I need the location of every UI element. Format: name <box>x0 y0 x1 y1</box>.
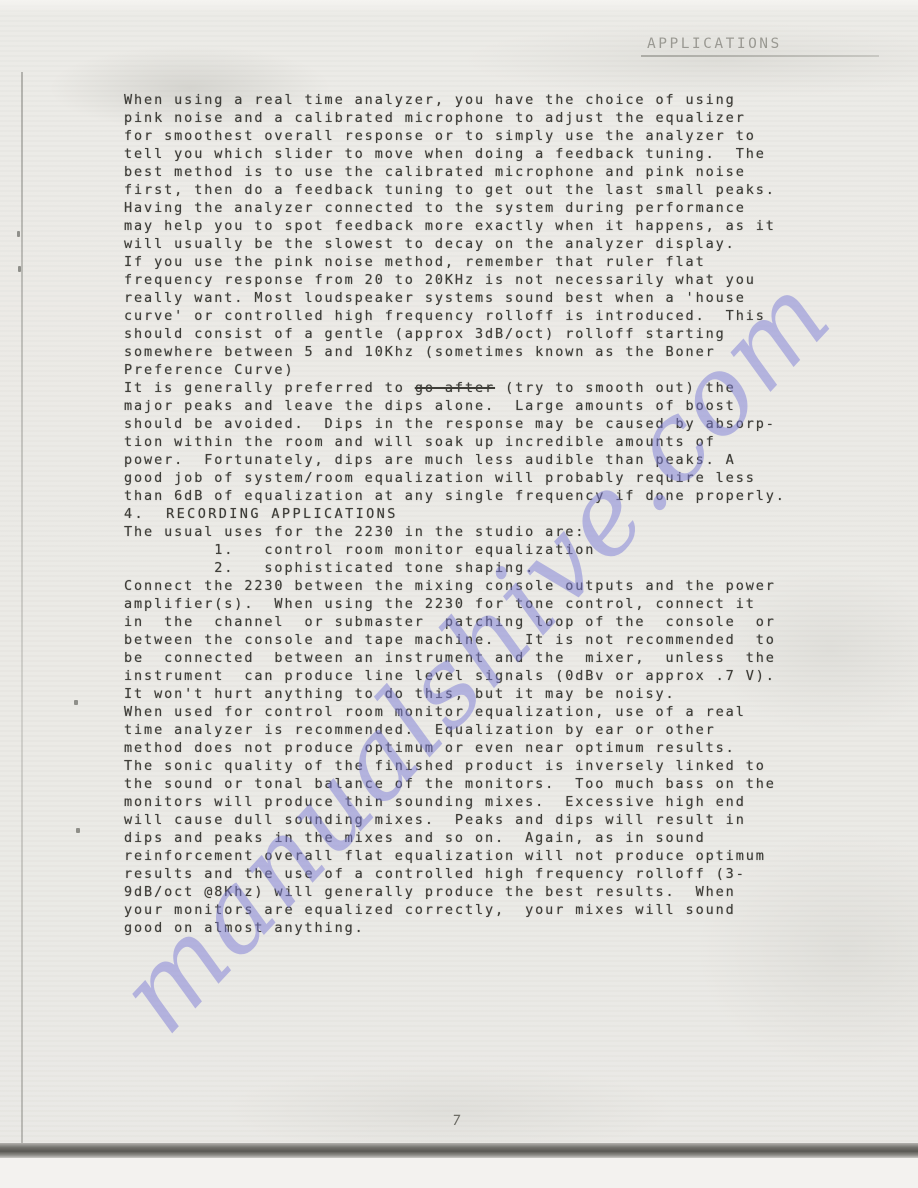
paragraph-peaks-and-dips: It is generally preferred to go after (t… <box>124 379 834 505</box>
page-header: APPLICATIONS <box>647 36 782 52</box>
struck-out-text: go after <box>415 380 495 396</box>
scan-left-rule <box>21 72 23 1144</box>
section-heading-recording-applications: 4. RECORDING APPLICATIONS <box>124 505 834 523</box>
peaks-text-post: (try to smooth out) the major peaks and … <box>124 380 786 504</box>
scan-speck <box>18 266 21 272</box>
studio-uses-list: The usual uses for the 2230 in the studi… <box>124 523 834 577</box>
scan-below-edge <box>0 1158 918 1188</box>
scanned-page: APPLICATIONS When using a real time anal… <box>0 0 918 1188</box>
scan-speck <box>74 700 78 705</box>
scan-speck <box>17 231 20 237</box>
page-number: 7 <box>451 1113 462 1129</box>
header-underline <box>641 55 879 57</box>
scan-top-edge <box>0 0 918 14</box>
paragraph-pink-noise: If you use the pink noise method, rememb… <box>124 253 834 379</box>
paragraph-monitor-equalization: When used for control room monitor equal… <box>124 703 834 937</box>
paragraph-connect-2230: Connect the 2230 between the mixing cons… <box>124 577 834 703</box>
scan-speck <box>76 828 80 833</box>
document-body: When using a real time analyzer, you hav… <box>124 91 834 937</box>
scan-bottom-edge <box>0 1143 918 1158</box>
peaks-text-pre: It is generally preferred to <box>124 380 415 396</box>
paragraph-realtime-analyzer: When using a real time analyzer, you hav… <box>124 91 834 253</box>
